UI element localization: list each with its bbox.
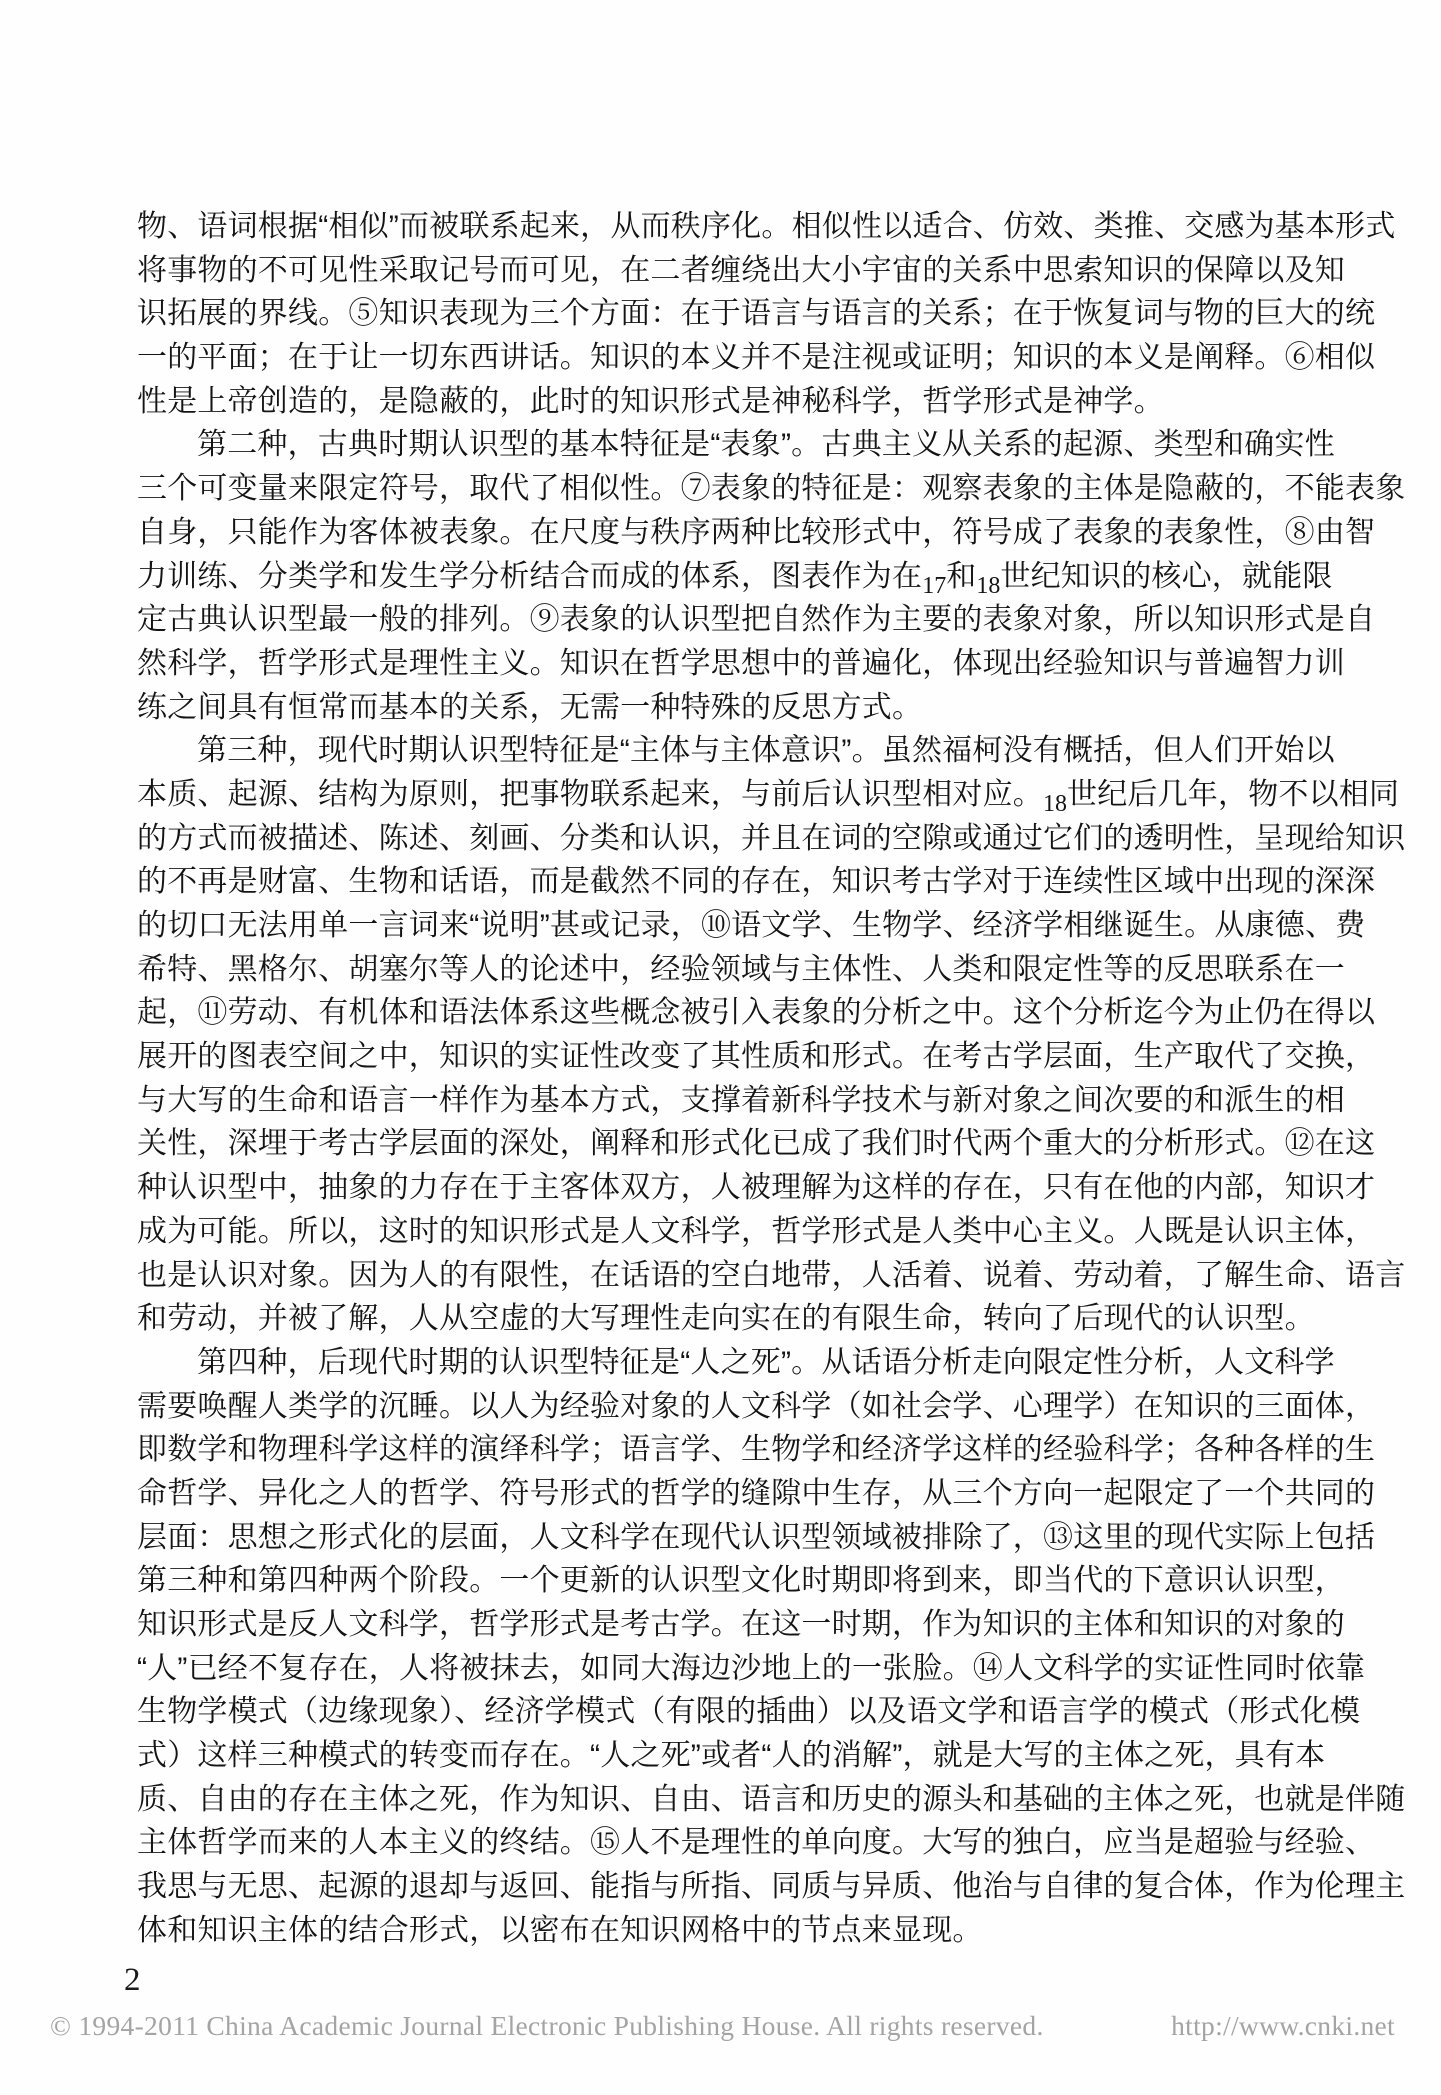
- body-line: 体和知识主体的结合形式，以密布在知识网格中的节点来显现。: [137, 1909, 1339, 1953]
- body-line: 即数学和物理科学这样的演绎科学；语言学、生物学和经济学这样的经验科学；各种各样的…: [137, 1428, 1339, 1472]
- body-line: 我思与无思、起源的退却与返回、能指与所指、同质与异质、他治与自律的复合体，作为伦…: [137, 1865, 1339, 1909]
- paragraph-1: 物、语词根据“相似”而被联系起来，从而秩序化。相似性以适合、仿效、类推、交感为基…: [137, 205, 1339, 423]
- footer: © 1994-2011 China Academic Journal Elect…: [50, 2010, 1395, 2042]
- body-line: 的方式而被描述、陈述、刻画、分类和认识，并且在词的空隙或通过它们的透明性，呈现给…: [137, 817, 1339, 861]
- body-line: 成为可能。所以，这时的知识形式是人文科学，哲学形式是人类中心主义。人既是认识主体…: [137, 1210, 1339, 1254]
- article-body: 物、语词根据“相似”而被联系起来，从而秩序化。相似性以适合、仿效、类推、交感为基…: [137, 205, 1339, 1953]
- body-line: 三个可变量来限定符号，取代了相似性。⑦表象的特征是：观察表象的主体是隐蔽的，不能…: [137, 467, 1339, 511]
- body-line: 起，⑪劳动、有机体和语法体系这些概念被引入表象的分析之中。这个分析迄今为止仍在得…: [137, 991, 1339, 1035]
- body-line: 第二种，古典时期认识型的基本特征是“表象”。古典主义从关系的起源、类型和确实性: [137, 423, 1339, 467]
- body-line: 本质、起源、结构为原则，把事物联系起来，与前后认识型相对应。18世纪后几年，物不…: [137, 773, 1339, 817]
- body-line: 定古典认识型最一般的排列。⑨表象的认识型把自然作为主要的表象对象，所以知识形式是…: [137, 598, 1339, 642]
- body-line: 一的平面；在于让一切东西讲话。知识的本义并不是注视或证明；知识的本义是阐释。⑥相…: [137, 336, 1339, 380]
- body-line: “人”已经不复存在，人将被抹去，如同大海边沙地上的一张脸。⑭人文科学的实证性同时…: [137, 1647, 1339, 1691]
- body-line: 将事物的不可见性采取记号而可见，在二者缠绕出大小宇宙的关系中思索知识的保障以及知: [137, 249, 1339, 293]
- body-line: 关性，深埋于考古学层面的深处，阐释和形式化已成了我们时代两个重大的分析形式。⑫在…: [137, 1122, 1339, 1166]
- body-line: 自身，只能作为客体被表象。在尺度与秩序两种比较形式中，符号成了表象的表象性，⑧由…: [137, 511, 1339, 555]
- body-line: 物、语词根据“相似”而被联系起来，从而秩序化。相似性以适合、仿效、类推、交感为基…: [137, 205, 1339, 249]
- paragraph-3: 第三种，现代时期认识型特征是“主体与主体意识”。虽然福柯没有概括，但人们开始以 …: [137, 729, 1339, 1341]
- body-line: 与大写的生命和语言一样作为基本方式，支撑着新科学技术与新对象之间次要的和派生的相: [137, 1079, 1339, 1123]
- body-line: 种认识型中，抽象的力存在于主客体双方，人被理解为这样的存在，只有在他的内部，知识…: [137, 1166, 1339, 1210]
- journal-scan-page: 物、语词根据“相似”而被联系起来，从而秩序化。相似性以适合、仿效、类推、交感为基…: [0, 0, 1441, 2095]
- body-line: 的不再是财富、生物和话语，而是截然不同的存在，知识考古学对于连续性区域中出现的深…: [137, 860, 1339, 904]
- paragraph-2: 第二种，古典时期认识型的基本特征是“表象”。古典主义从关系的起源、类型和确实性 …: [137, 423, 1339, 729]
- body-line: 层面：思想之形式化的层面，人文科学在现代认识型领域被排除了，⑬这里的现代实际上包…: [137, 1516, 1339, 1560]
- body-line: 性是上帝创造的，是隐蔽的，此时的知识形式是神秘科学，哲学形式是神学。: [137, 380, 1339, 424]
- body-line: 第四种，后现代时期的认识型特征是“人之死”。从话语分析走向限定性分析，人文科学: [137, 1341, 1339, 1385]
- body-line: 式）这样三种模式的转变而存在。“人之死”或者“人的消解”，就是大写的主体之死，具…: [137, 1734, 1339, 1778]
- body-line: 命哲学、异化之人的哲学、符号形式的哲学的缝隙中生存，从三个方向一起限定了一个共同…: [137, 1472, 1339, 1516]
- body-line: 主体哲学而来的人本主义的终结。⑮人不是理性的单向度。大写的独白，应当是超验与经验…: [137, 1821, 1339, 1865]
- page-number: 2: [124, 1962, 141, 1999]
- body-line: 展开的图表空间之中，知识的实证性改变了其性质和形式。在考古学层面，生产取代了交换…: [137, 1035, 1339, 1079]
- body-line: 知识形式是反人文科学，哲学形式是考古学。在这一时期，作为知识的主体和知识的对象的: [137, 1603, 1339, 1647]
- body-line: 第三种和第四种两个阶段。一个更新的认识型文化时期即将到来，即当代的下意识认识型，: [137, 1559, 1339, 1603]
- copyright-text: © 1994-2011 China Academic Journal Elect…: [50, 2010, 1044, 2042]
- footer-url: http://www.cnki.net: [1171, 2010, 1395, 2042]
- body-line: 生物学模式（边缘现象）、经济学模式（有限的插曲）以及语文学和语言学的模式（形式化…: [137, 1690, 1339, 1734]
- paragraph-4: 第四种，后现代时期的认识型特征是“人之死”。从话语分析走向限定性分析，人文科学 …: [137, 1341, 1339, 1953]
- body-line: 也是认识对象。因为人的有限性，在话语的空白地带，人活着、说着、劳动着，了解生命、…: [137, 1254, 1339, 1298]
- body-line: 力训练、分类学和发生学分析结合而成的体系，图表作为在17和18世纪知识的核心，就…: [137, 555, 1339, 599]
- body-line: 第三种，现代时期认识型特征是“主体与主体意识”。虽然福柯没有概括，但人们开始以: [137, 729, 1339, 773]
- body-line: 质、自由的存在主体之死，作为知识、自由、语言和历史的源头和基础的主体之死，也就是…: [137, 1778, 1339, 1822]
- body-line: 和劳动，并被了解，人从空虚的大写理性走向实在的有限生命，转向了后现代的认识型。: [137, 1297, 1339, 1341]
- body-line: 然科学，哲学形式是理性主义。知识在哲学思想中的普遍化，体现出经验知识与普遍智力训: [137, 642, 1339, 686]
- body-line: 识拓展的界线。⑤知识表现为三个方面：在于语言与语言的关系；在于恢复词与物的巨大的…: [137, 292, 1339, 336]
- body-line: 需要唤醒人类学的沉睡。以人为经验对象的人文科学（如社会学、心理学）在知识的三面体…: [137, 1385, 1339, 1429]
- body-line: 的切口无法用单一言词来“说明”甚或记录，⑩语文学、生物学、经济学相继诞生。从康德…: [137, 904, 1339, 948]
- body-line: 练之间具有恒常而基本的关系，无需一种特殊的反思方式。: [137, 686, 1339, 730]
- body-line: 希特、黑格尔、胡塞尔等人的论述中，经验领域与主体性、人类和限定性等的反思联系在一: [137, 948, 1339, 992]
